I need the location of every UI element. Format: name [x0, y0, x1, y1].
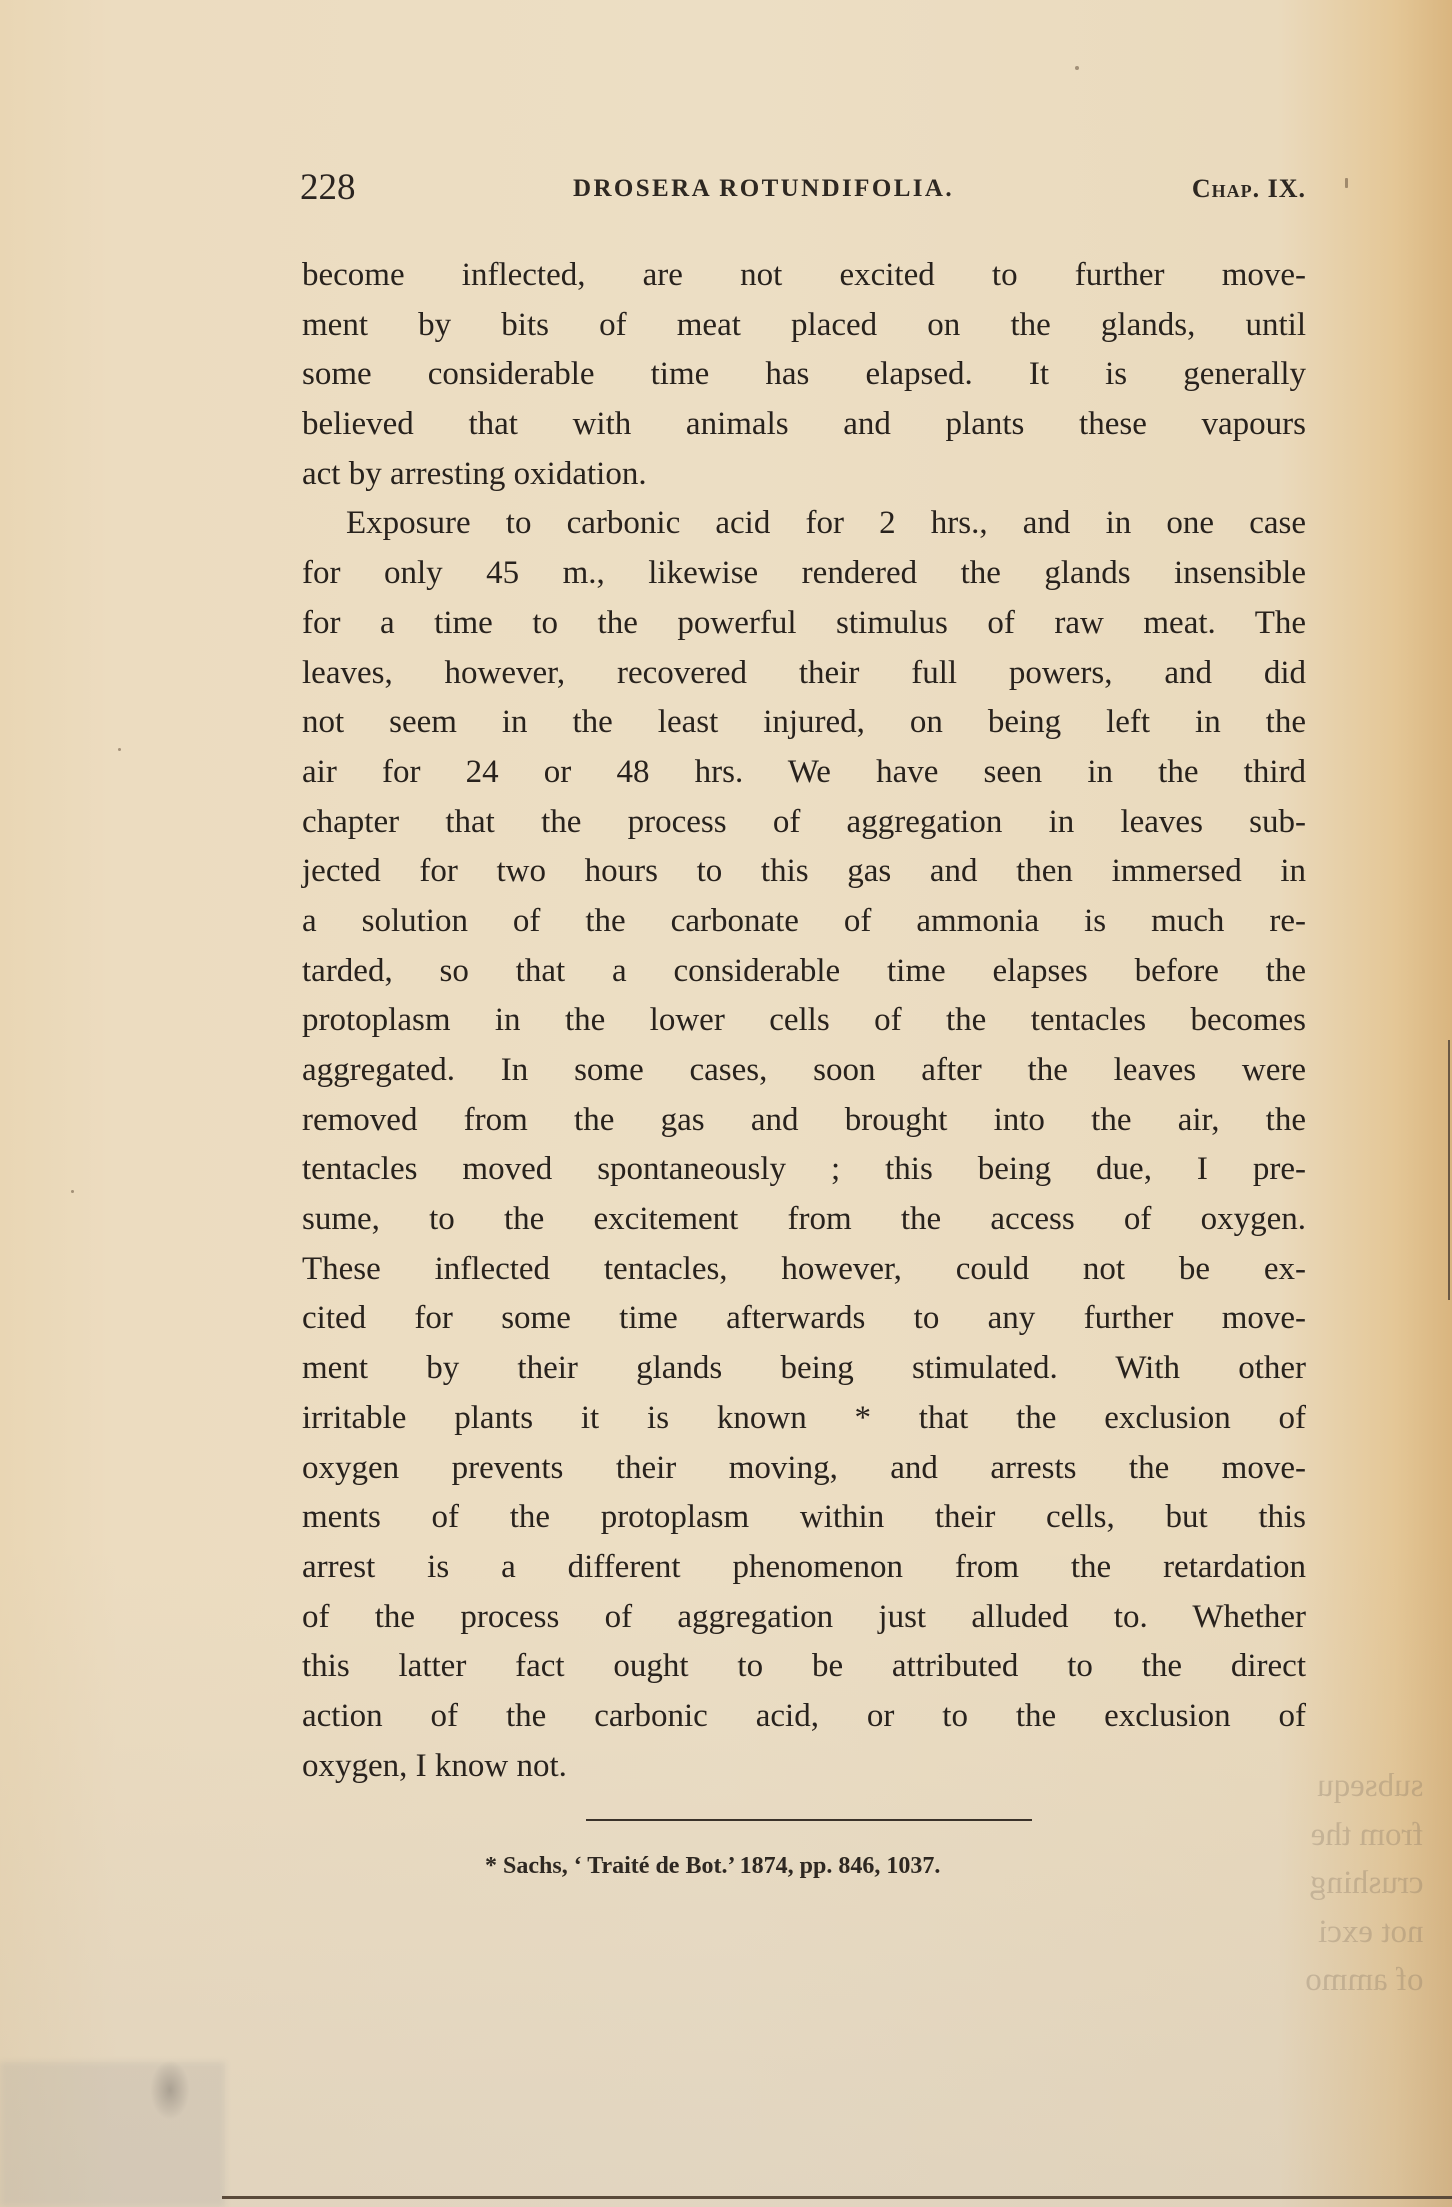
paragraph-start-line: Exposure to carbonic acid for 2 hrs., an… — [302, 499, 1306, 549]
body-text: become inflected, are not excited to fur… — [302, 251, 1306, 1791]
text-line: chapter that the process of aggregation … — [302, 798, 1306, 848]
page-number: 228 — [300, 168, 356, 208]
text-line: become inflected, are not excited to fur… — [302, 251, 1306, 301]
show-through-line: from the — [1305, 1811, 1423, 1860]
paper-speck — [118, 748, 121, 751]
show-through-line: not exci — [1305, 1908, 1423, 1957]
text-line: ments of the protoplasm within their cel… — [302, 1493, 1306, 1543]
text-line: tarded, so that a considerable time elap… — [302, 947, 1306, 997]
paper-speck — [71, 1190, 74, 1193]
page-right-edge — [1448, 1040, 1450, 1300]
text-line: aggregated. In some cases, soon after th… — [302, 1046, 1306, 1096]
chapter-label: Chap. IX. — [1192, 174, 1306, 204]
text-line: action of the carbonic acid, or to the e… — [302, 1692, 1306, 1742]
footnote: * Sachs, ‘ Traité de Bot.’ 1874, pp. 846… — [485, 1850, 1145, 1882]
text-line: irritable plants it is known * that the … — [302, 1394, 1306, 1444]
text-line: ment by bits of meat placed on the gland… — [302, 301, 1306, 351]
text-line: not seem in the least injured, on being … — [302, 698, 1306, 748]
show-through-line: crushing — [1305, 1859, 1423, 1908]
footnote-rule — [586, 1819, 1032, 1821]
running-head: 228 DROSERA ROTUNDIFOLIA. Chap. IX. — [300, 168, 1306, 208]
text-line: ment by their glands being stimulated. W… — [302, 1344, 1306, 1394]
text-line: for a time to the powerful stimulus of r… — [302, 599, 1306, 649]
text-line: this latter fact ought to be attributed … — [302, 1642, 1306, 1692]
paragraph-end-line: oxygen, I know not. — [302, 1742, 1306, 1792]
paper-speck — [1345, 178, 1348, 188]
text-line: a solution of the carbonate of ammonia i… — [302, 897, 1306, 947]
paper-speck — [1075, 66, 1079, 70]
text-line: tentacles moved spontaneously ; this bei… — [302, 1145, 1306, 1195]
running-title: DROSERA ROTUNDIFOLIA. — [573, 174, 954, 204]
text-line: believed that with animals and plants th… — [302, 400, 1306, 450]
text-line: some considerable time has elapsed. It i… — [302, 350, 1306, 400]
show-through-line: of ammo — [1305, 1956, 1423, 2005]
text-line: These inflected tentacles, however, coul… — [302, 1245, 1306, 1295]
text-line: removed from the gas and brought into th… — [302, 1096, 1306, 1146]
show-through-text: subsequ from the crushing not exci of am… — [1305, 1762, 1423, 2005]
scan-smudge — [150, 2060, 190, 2120]
text-line: of the process of aggregation just allud… — [302, 1593, 1306, 1643]
scan-shadow — [0, 2062, 225, 2207]
page-bottom-edge — [222, 2196, 1452, 2199]
text-line: oxygen prevents their moving, and arrest… — [302, 1444, 1306, 1494]
text-line: jected for two hours to this gas and the… — [302, 847, 1306, 897]
text-line: cited for some time afterwards to any fu… — [302, 1294, 1306, 1344]
text-line: for only 45 m., likewise rendered the gl… — [302, 549, 1306, 599]
text-line: arrest is a different phenomenon from th… — [302, 1543, 1306, 1593]
text-line: air for 24 or 48 hrs. We have seen in th… — [302, 748, 1306, 798]
show-through-line: subsequ — [1305, 1762, 1423, 1811]
paragraph-end-line: act by arresting oxidation. — [302, 450, 1306, 500]
text-line: sume, to the excitement from the access … — [302, 1195, 1306, 1245]
text-line: protoplasm in the lower cells of the ten… — [302, 996, 1306, 1046]
text-line: leaves, however, recovered their full po… — [302, 649, 1306, 699]
